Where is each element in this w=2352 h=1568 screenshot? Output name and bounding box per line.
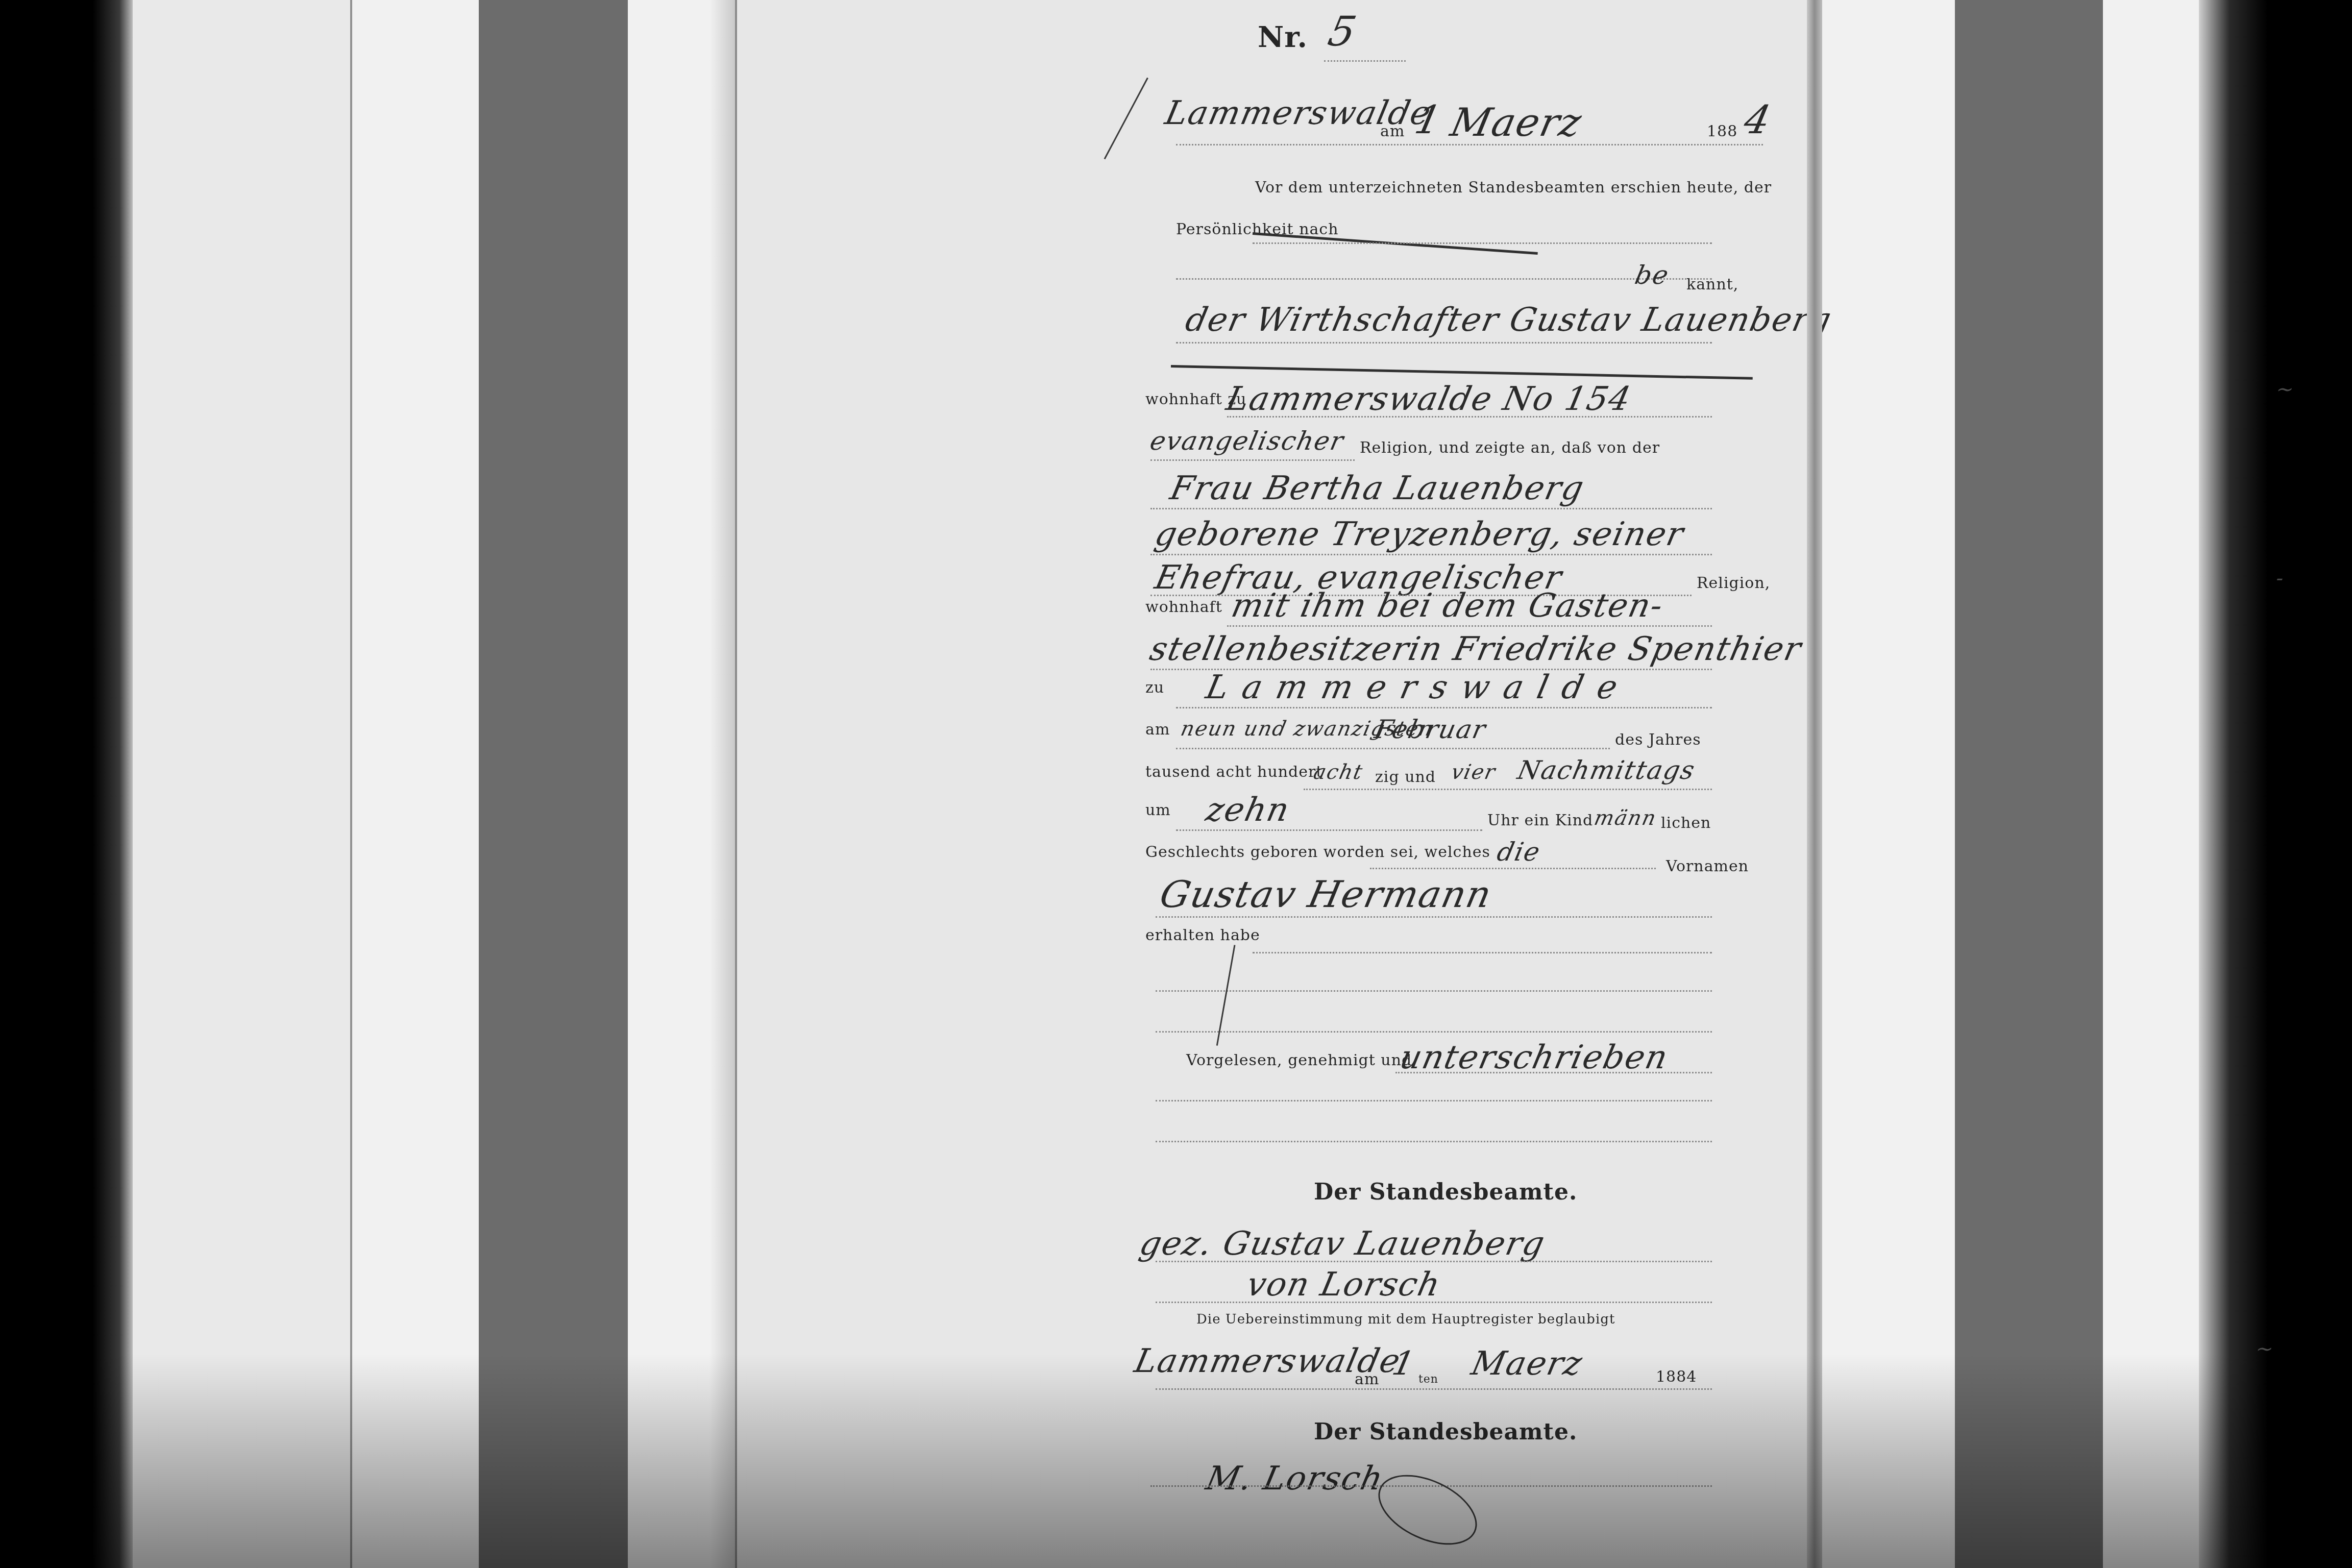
uhr-label: Uhr ein Kind	[1487, 812, 1593, 829]
cert-day-suffix: ten	[1418, 1373, 1438, 1386]
entry-number: 5	[1324, 8, 1361, 55]
dark-band-right	[1955, 0, 2103, 1568]
adjacent-page-strip-right	[1822, 0, 1955, 1568]
dotted-rule	[1156, 1302, 1712, 1303]
cert-year: 1884	[1656, 1368, 1697, 1386]
dark-band-left	[479, 0, 628, 1568]
certification-text: Die Uebereinstimmung mit dem Hauptregist…	[1196, 1312, 1615, 1327]
adjacent-page-strip-left	[133, 0, 352, 1568]
pen-stroke	[1104, 78, 1148, 159]
birth-am-label: am	[1145, 721, 1170, 739]
dotted-rule	[1176, 144, 1763, 145]
known-handwritten: be	[1632, 260, 1672, 290]
zu-place-handwritten: Lammerswalde	[1203, 669, 1635, 706]
dotted-rule	[1304, 789, 1712, 790]
des-jahres-label: des Jahres	[1615, 731, 1701, 749]
dotted-rule	[1150, 554, 1712, 555]
dotted-rule	[1370, 868, 1656, 869]
month-handwritten: Maerz	[1447, 100, 1586, 145]
year-suffix-handwritten: 4	[1741, 97, 1776, 142]
section-rule	[1171, 365, 1753, 380]
dotted-rule	[1176, 829, 1482, 831]
um-label: um	[1145, 801, 1171, 819]
dotted-rule	[1253, 952, 1712, 953]
signature-informant: gez. Gustav Lauenberg	[1136, 1225, 1549, 1263]
vorgelesen-handwritten: unterschrieben	[1396, 1039, 1672, 1076]
signature-flourish	[1367, 1461, 1488, 1559]
zu-label: zu	[1145, 679, 1164, 697]
mother-religion-printed: Religion,	[1697, 574, 1770, 592]
mother-name-handwritten: Frau Bertha Lauenberg	[1167, 470, 1588, 507]
dotted-rule	[1176, 748, 1610, 749]
sex-handwritten: männ	[1592, 806, 1659, 830]
year-tens-handwritten: acht	[1311, 761, 1365, 784]
entry-number-label: Nr.	[1258, 20, 1308, 54]
adjacent-page-strip-left-2	[352, 0, 480, 1568]
residence-handwritten: Lammerswalde No 154	[1223, 380, 1635, 418]
year-prefix: 188	[1707, 122, 1737, 140]
personality-label: Persönlichkeit nach	[1176, 220, 1338, 238]
signature-official-2: M. Lorsch	[1203, 1460, 1387, 1498]
dotted-rule	[1156, 1388, 1712, 1390]
am-label: am	[1380, 122, 1405, 140]
register-page: Nr. 5 Lammerswalde am 1 Maerz 188 4 Vor …	[735, 0, 1822, 1568]
official-heading-1: Der Standesbeamte.	[1314, 1179, 1577, 1205]
year-units-handwritten: vier	[1449, 761, 1498, 784]
known-printed: kannt,	[1686, 276, 1738, 293]
dotted-rule	[1176, 278, 1712, 280]
mother-residence-line1: mit ihm bei dem Gasten-	[1228, 587, 1667, 625]
religion-printed: Religion, und zeigte an, daß von der	[1360, 439, 1660, 457]
erhalten-label: erhalten habe	[1145, 926, 1260, 944]
time-of-day-handwritten: Nachmittags	[1515, 755, 1698, 785]
child-names-handwritten: Gustav Hermann	[1156, 873, 1496, 916]
dotted-rule	[1156, 1031, 1712, 1033]
dotted-rule	[1156, 1261, 1712, 1262]
dotted-rule	[1253, 242, 1712, 244]
film-vignette-left	[0, 0, 133, 1568]
mother-residence-line2: stellenbesitzerin Friedrike Spenthier	[1146, 630, 1805, 668]
cert-month-handwritten: Maerz	[1468, 1345, 1586, 1383]
page-shadow	[709, 0, 735, 1568]
dotted-rule	[1156, 1141, 1712, 1142]
vornamen-label: Vornamen	[1666, 857, 1749, 875]
birth-month-handwritten: Februar	[1372, 715, 1489, 744]
dotted-rule	[1156, 916, 1712, 918]
dotted-rule	[1176, 707, 1712, 708]
religion-handwritten: evangelischer	[1147, 426, 1347, 456]
informant-handwritten: der Wirthschafter Gustav Lauenberg	[1182, 301, 1835, 339]
sex-suffix-printed: lichen	[1661, 814, 1711, 832]
cert-am-label: am	[1355, 1370, 1379, 1388]
dotted-rule	[1227, 416, 1712, 418]
year-words-printed: tausend acht hundert	[1145, 763, 1322, 781]
dotted-rule	[1227, 625, 1712, 627]
zig-und-label: zig und	[1375, 768, 1436, 786]
dotted-rule	[1156, 1100, 1712, 1101]
mother-maiden-handwritten: geborene Treyzenberg, seiner	[1151, 516, 1687, 553]
dotted-rule	[1156, 990, 1712, 992]
intro-text: Vor dem unterzeichneten Standesbeamten e…	[1255, 179, 1772, 197]
official-heading-2: Der Standesbeamte.	[1314, 1419, 1577, 1445]
geschlechts-text: Geschlechts geboren worden sei, welches	[1145, 843, 1490, 861]
dotted-rule	[1395, 1072, 1712, 1073]
hour-handwritten: zehn	[1203, 791, 1293, 829]
page-right-edge	[1807, 0, 1822, 1568]
welches-handwritten: die	[1494, 837, 1543, 867]
dotted-rule	[1150, 508, 1712, 509]
film-vignette-right	[2199, 0, 2352, 1568]
dotted-rule	[1150, 459, 1355, 461]
dotted-rule	[1176, 342, 1712, 344]
signature-official-1: von Lorsch	[1243, 1266, 1444, 1304]
dotted-rule	[1324, 60, 1406, 62]
mother-residence-label: wohnhaft	[1145, 598, 1222, 616]
vorgelesen-text: Vorgelesen, genehmigt und	[1186, 1051, 1412, 1069]
